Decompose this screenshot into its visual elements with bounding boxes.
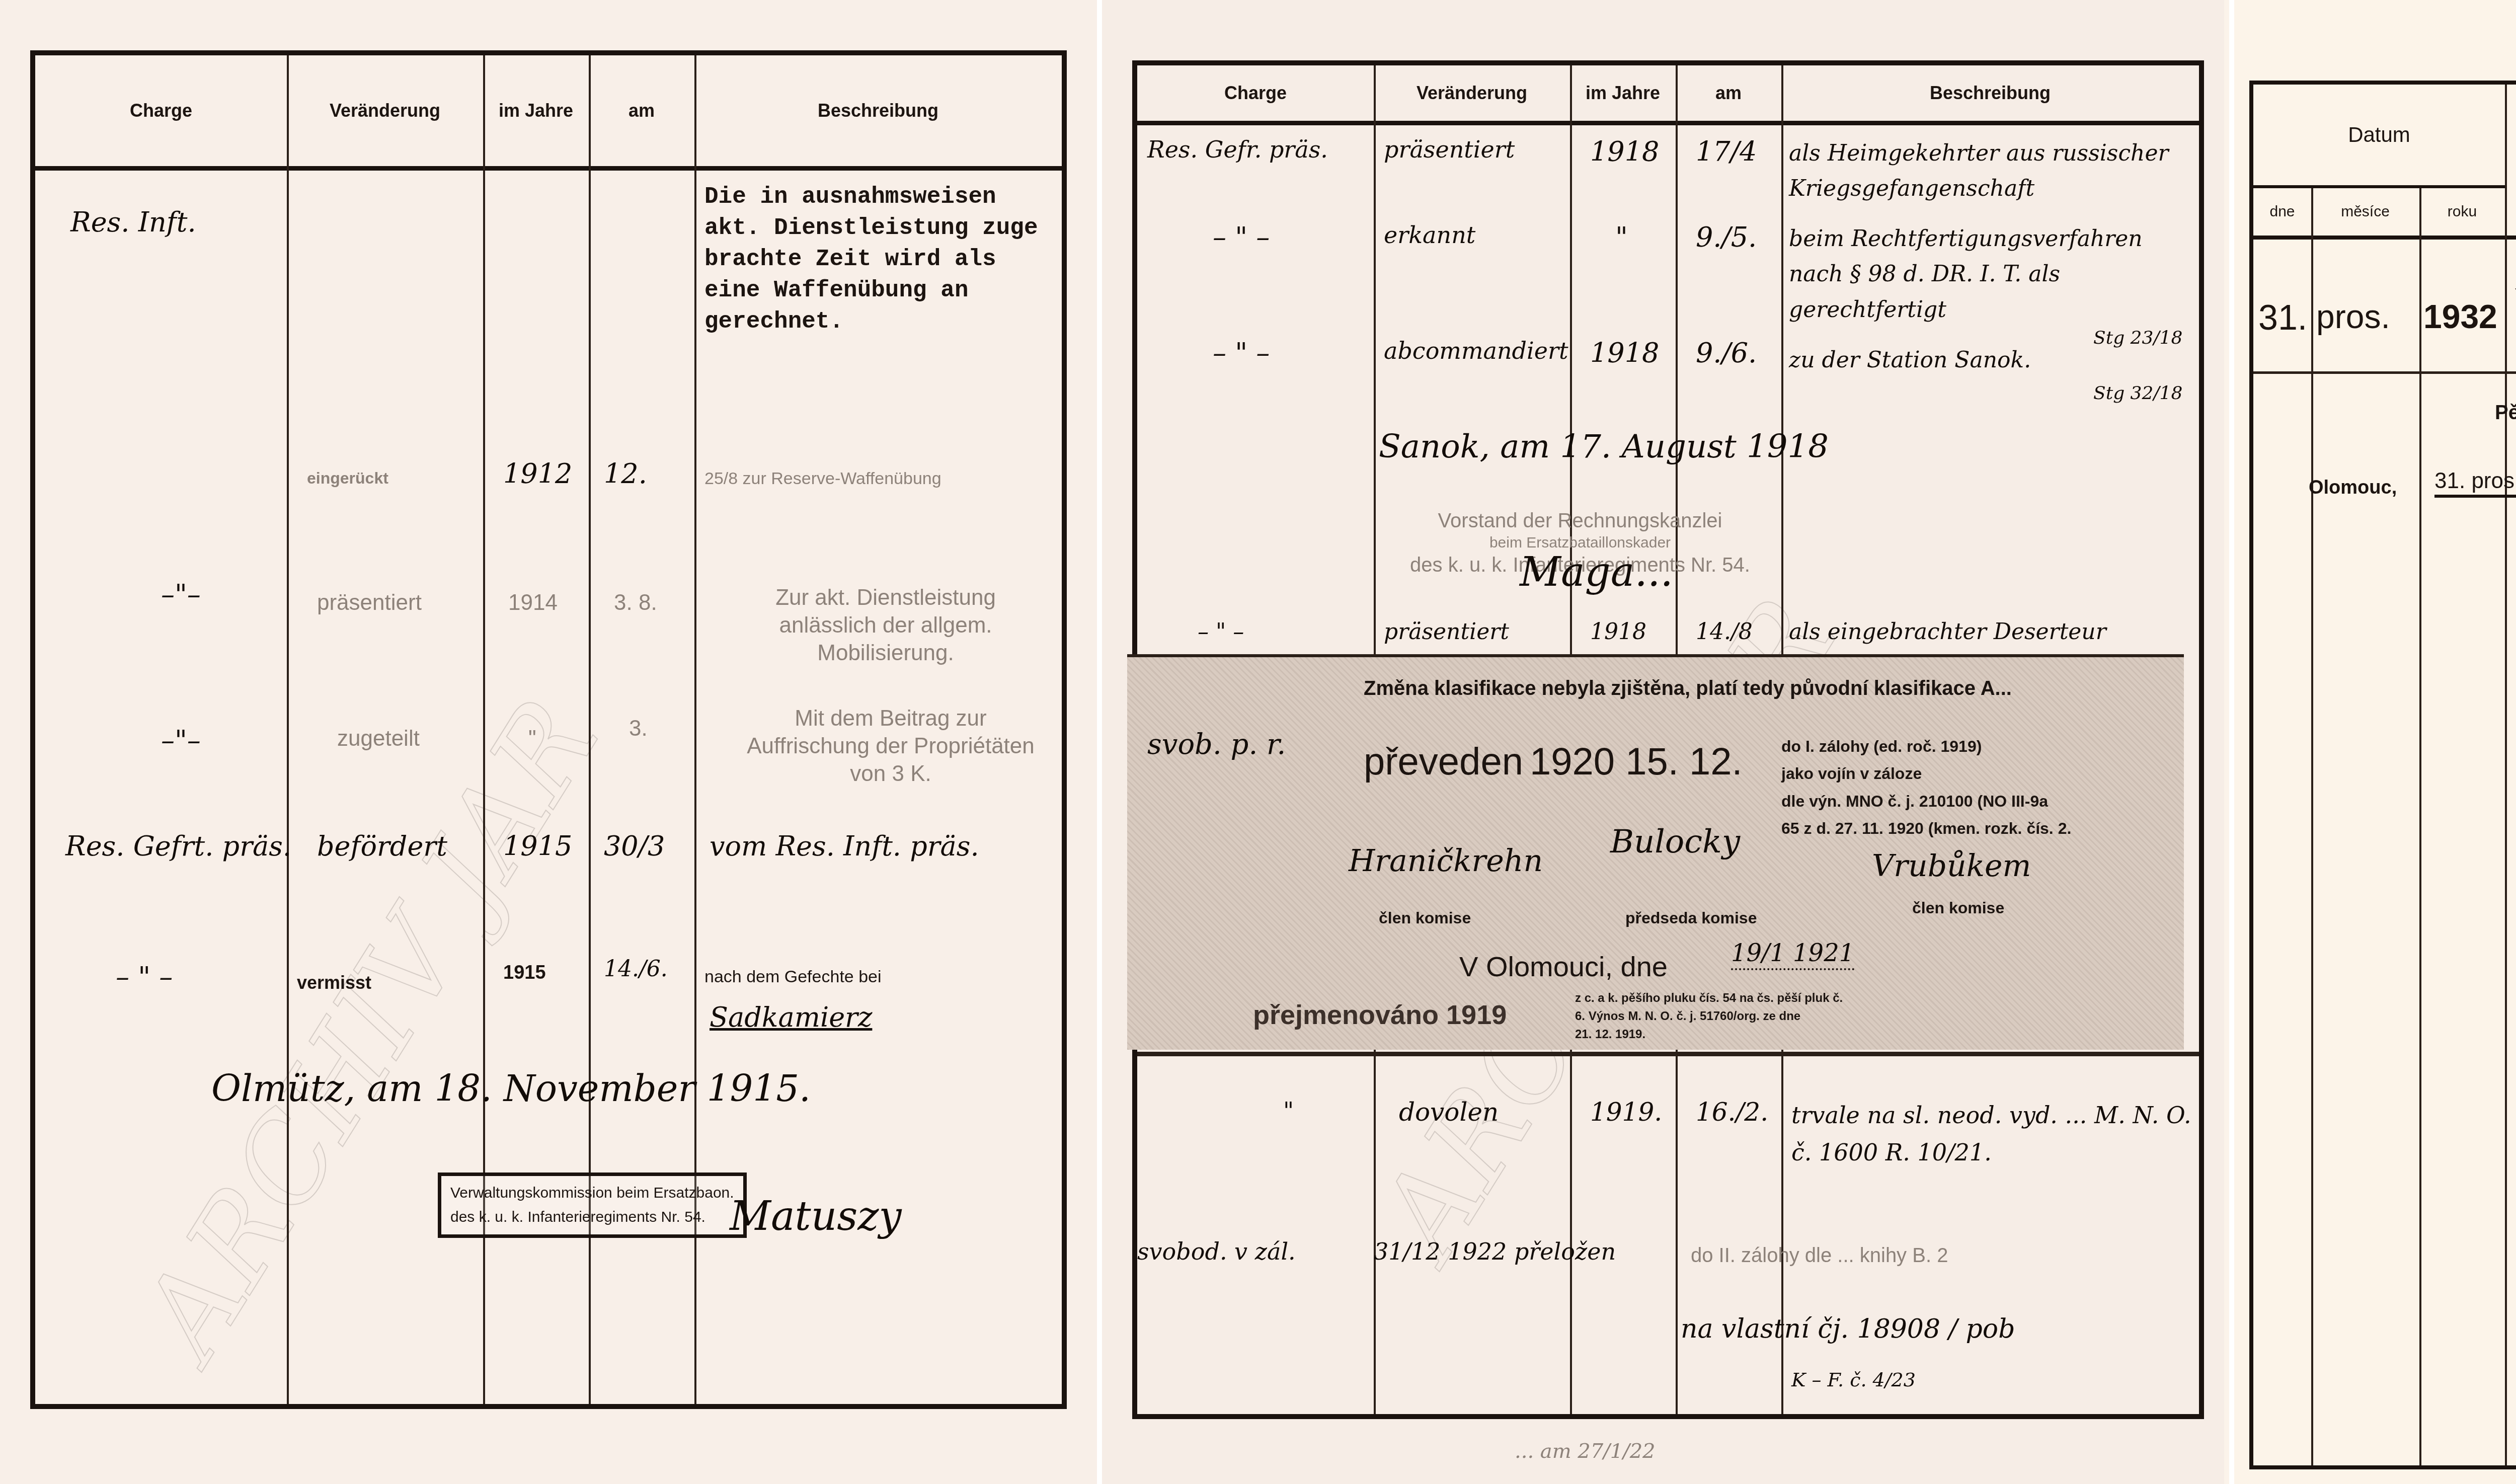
text-line: do I. zálohy (ed. roč. 1919)	[1781, 733, 2071, 760]
renamed-description: z c. a k. pěšího pluku čís. 54 na čs. pě…	[1575, 989, 1843, 1044]
description-cell: vom Res. Inft. präs.	[710, 830, 979, 863]
signature: Maga...	[1520, 549, 1673, 595]
column-divider	[2311, 188, 2313, 1465]
transfer-description: do I. zálohy (ed. roč. 1919) jako vojín …	[1781, 733, 2071, 842]
chair-signature: Bulocky	[1610, 823, 1740, 861]
change-cell: vermisst	[297, 971, 371, 994]
year-cell: 1918	[1590, 337, 1659, 370]
text-line: 65 z d. 27. 11. 1920 (kmen. rozk. čís. 2…	[1781, 815, 2071, 842]
record-table-2: Charge Veränderung im Jahre am Beschreib…	[1132, 60, 2204, 1419]
year-cell: "	[528, 725, 536, 752]
unit-name: Pěší pluk 6 „Hanácký" náhradní prapor.	[2495, 402, 2516, 424]
header-am: am	[1676, 65, 1781, 121]
change-cell: zugeteilt	[337, 725, 420, 752]
header-im-jahre: im Jahre	[483, 55, 589, 166]
description-cell: do II. zálohy dle ... knihy B. 2	[1691, 1243, 2144, 1268]
page-gutter	[1097, 0, 1102, 1484]
year-cell: 1915	[503, 830, 572, 863]
footer-note: ... am 27/1/22	[1515, 1439, 1656, 1463]
day-cell: 9./5.	[1696, 221, 1757, 254]
reference-note: K – F. č. 4/23	[1791, 1369, 1916, 1392]
date-line: Sanok, am 17. August 1918	[1379, 428, 1829, 466]
transfer-label: převeden	[1364, 738, 1523, 786]
header-am: am	[589, 55, 694, 166]
day-cell: 14./6.	[604, 956, 668, 983]
column-divider	[2505, 85, 2507, 1465]
stamp-line: Verwaltungskommission beim Ersatzbaon.	[450, 1181, 734, 1205]
renamed-label: přejmenováno 1919	[1253, 999, 1507, 1031]
change-cell: abcommandiert	[1384, 337, 1568, 365]
charge-cell: svobod. v zál.	[1137, 1238, 1296, 1266]
office-stamp: Verwaltungskommission beim Ersatzbaon. d…	[438, 1173, 747, 1238]
description-cell: Mit dem Beitrag zur Auffrischung der Pro…	[740, 705, 1042, 788]
header-charge: Charge	[35, 55, 287, 166]
change-cell: 31/12 1922 přeložen	[1374, 1238, 1616, 1266]
date-line: Olmütz, am 18. November 1915.	[211, 1067, 811, 1110]
charge-cell: –"–	[161, 579, 201, 611]
year-cell: 1914	[508, 589, 558, 616]
header-im-jahre: im Jahre	[1570, 65, 1676, 121]
description-cell: trvale na sl. neod. vyd. ... M. N. O. č.…	[1791, 1097, 2194, 1171]
column-divider	[287, 55, 289, 1404]
day-cell: 3.	[629, 715, 648, 742]
page-gutter	[2229, 0, 2234, 1484]
classification-headline: Změna klasifikace nebyla zjištěna, platí…	[1364, 677, 2012, 700]
day-cell: 12.	[604, 458, 647, 491]
place-label: V Olomouci, dne	[1459, 949, 1668, 984]
description-cell: als Heimgekehrter aus russischer Kriegsg…	[1789, 136, 2201, 207]
member-signature: Vrubůkem	[1872, 848, 2031, 884]
reference-note: Stg 23/18	[2093, 327, 2182, 349]
day-cell: 30/3	[604, 830, 665, 863]
header-veraenderung: Veränderung	[1374, 65, 1570, 121]
text-line: z c. a k. pěšího pluku čís. 54 na čs. pě…	[1575, 989, 1843, 1007]
document-page-2: ARCHIV JAR Charge Veränderung im Jahre a…	[1102, 0, 2224, 1484]
charge-cell: – " –	[1198, 619, 1244, 646]
year-cell: 1918	[1590, 619, 1646, 646]
member-role: člen komise	[1912, 899, 2004, 917]
year-cell: 1918	[1590, 136, 1659, 169]
description-cell: Zur akt. Dienstleistung anlässlich der a…	[730, 584, 1042, 667]
header-charge: Charge	[1137, 65, 1374, 121]
stamp-line: des k. u. k. Infanterieregiments Nr. 54.	[450, 1205, 734, 1229]
reference-note: Stg 32/18	[2093, 382, 2182, 404]
table-header: Charge Veränderung im Jahre am Beschreib…	[35, 55, 1062, 171]
description-handwritten: Sadkamierz	[710, 1001, 872, 1034]
change-cell: befördert	[317, 830, 447, 863]
day-cell: 16./2.	[1696, 1097, 1768, 1127]
chair-role: předseda komise	[1625, 909, 1757, 927]
document-page-3: ARCHIV JAR Datum dne měsíce roku Hodnost…	[2234, 0, 2516, 1484]
header-roku: roku	[2419, 188, 2505, 236]
charge-cell: Res. Gefrt. präs.	[65, 830, 291, 863]
charge-cell: Res. Inft.	[70, 206, 196, 239]
text-line: 21. 12. 1919.	[1575, 1026, 1843, 1044]
text-line: jako vojín v záloze	[1781, 760, 2071, 787]
charge-cell: Res. Gefr. präs.	[1147, 136, 1328, 164]
header-datum: Datum	[2253, 85, 2505, 185]
record-table-1: Charge Veränderung im Jahre am Beschreib…	[30, 50, 1067, 1409]
document-page-1: ARCHIV JAR Charge Veränderung im Jahre a…	[0, 0, 1097, 1484]
text-line: dle výn. MNO č. j. 210100 (NO III-9a	[1781, 788, 2071, 815]
member-signature: Hraničkrehn	[1349, 843, 1543, 879]
header-veraenderung: Veränderung	[287, 55, 483, 166]
row-divider	[2253, 371, 2516, 374]
day-cell: 9./6.	[1696, 337, 1757, 370]
year-cell: 1912	[503, 458, 572, 491]
place-label: Olomouc,	[2309, 477, 2397, 499]
header-beschreibung: Beschreibung	[694, 55, 1062, 166]
text-line: 6. Výnos M. N. O. č. j. 51760/org. ze dn…	[1575, 1007, 1843, 1026]
year-cell: 1915	[503, 961, 546, 985]
description-cell: als eingebrachter Deserteur	[1789, 619, 2106, 646]
description-cell: zu der Station Sanok.	[1789, 347, 2031, 374]
row-divider	[1137, 1052, 2199, 1056]
charge-cell: svob. p. r.	[1147, 728, 1286, 761]
change-cell: erkannt	[1384, 221, 1475, 249]
table-header: Datum dne měsíce roku Hodnost Změna Důvo…	[2253, 85, 2516, 240]
charge-cell: "	[1283, 1097, 1294, 1125]
stamp-line: Vorstand der Rechnungskanzlei	[1354, 508, 1806, 533]
change-cell: präsentiert	[1384, 619, 1509, 646]
change-cell: präsentiert	[1384, 136, 1515, 164]
column-divider	[2419, 188, 2421, 1465]
year-cell: 1919.	[1590, 1097, 1662, 1127]
header-dne: dne	[2253, 188, 2311, 236]
charge-cell: – " –	[116, 961, 173, 994]
table-header: Charge Veränderung im Jahre am Beschreib…	[1137, 65, 2199, 125]
day-cell: 3. 8.	[614, 589, 657, 616]
year-cell: 1932	[2423, 296, 2497, 338]
place-date: 19/1 1921	[1731, 939, 1854, 970]
charge-cell: –"–	[161, 725, 201, 757]
description-cell: beim Rechtfertigungsverfahren nach § 98 …	[1789, 221, 2201, 328]
month-cell: pros.	[2316, 296, 2390, 338]
transfer-date: 1920 15. 12.	[1530, 738, 1743, 786]
description-cell: Die in ausnahmsweisen akt. Dienstleistun…	[704, 181, 1057, 337]
header-beschreibung: Beschreibung	[1781, 65, 2199, 121]
change-cell: präsentiert	[317, 589, 422, 616]
place-date: 31. pros. 1932	[2434, 467, 2516, 498]
member-role: člen komise	[1379, 909, 1471, 927]
signature: Matuszy	[730, 1193, 902, 1239]
record-table-3: Datum dne měsíce roku Hodnost Změna Důvo…	[2249, 81, 2516, 1469]
charge-cell: – " –	[1213, 337, 1270, 370]
header-mesice: měsíce	[2311, 188, 2419, 236]
year-cell: "	[1615, 221, 1628, 254]
change-cell: eingerückt	[307, 468, 388, 488]
pasted-classification-slip: Změna klasifikace nebyla zjištěna, platí…	[1127, 654, 2184, 1050]
day-cell: 17/4	[1696, 136, 1757, 169]
change-cell: dovolen	[1399, 1097, 1499, 1127]
charge-cell: – " –	[1213, 221, 1270, 254]
description-handwritten: na vlastní čj. 18908 / pob	[1681, 1313, 2015, 1345]
description-cell: 25/8 zur Reserve-Waffenübung	[704, 468, 941, 490]
description-cell: nach dem Gefechte bei	[704, 966, 882, 988]
day-cell: 14./8	[1696, 619, 1753, 646]
day-cell: 31.	[2258, 296, 2307, 340]
